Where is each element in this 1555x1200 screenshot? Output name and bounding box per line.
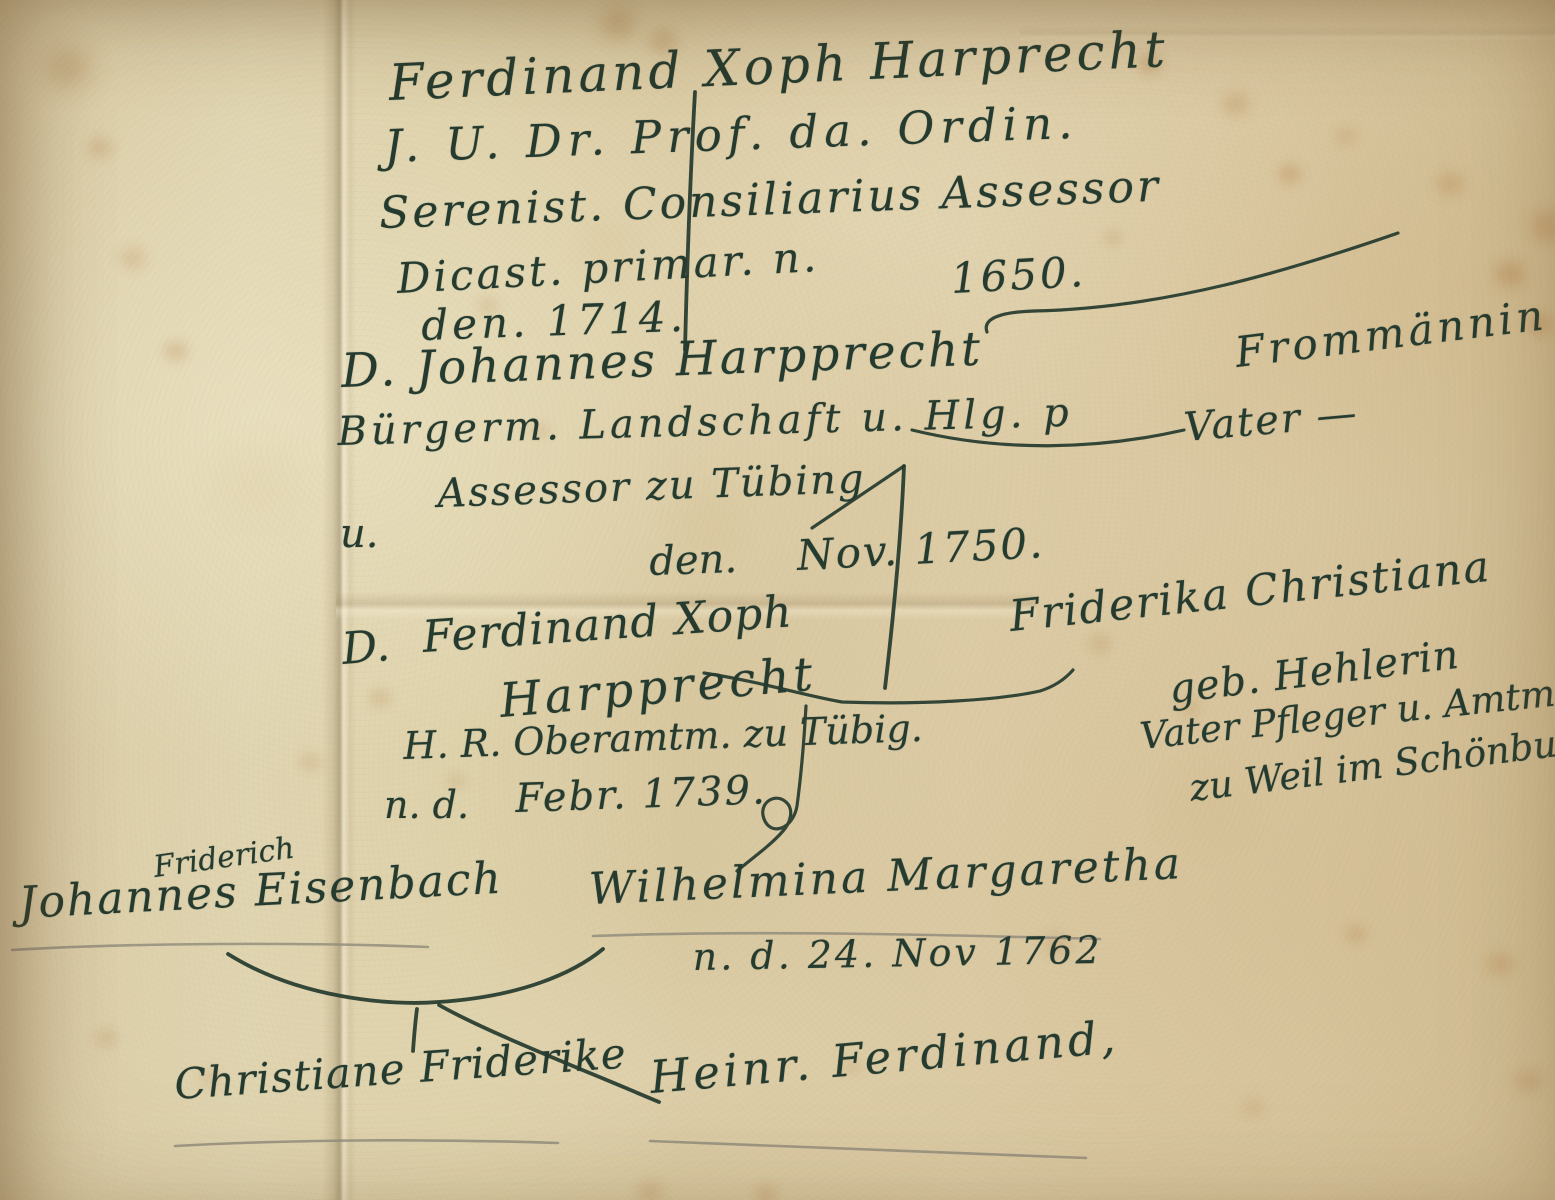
entry-frommaennin-name: Frommännin <box>1233 294 1550 374</box>
entry-ferdinand-senior-title3: Dicast. primar. n. <box>396 236 820 300</box>
entry-frommaennin-relation: Vater — <box>1183 393 1360 448</box>
entry-johannes-died-date: Nov. 1750. <box>796 522 1046 577</box>
entry-wilhelmina-born-date: n. d. 24. Nov 1762 <box>692 931 1103 976</box>
marriage-curve-bottom <box>228 949 603 1003</box>
entry-friderika-name: Friderika Christiana <box>1008 546 1494 639</box>
entry-ferdinand-senior-born-year: 1650. <box>950 251 1087 300</box>
entry-heinrich-name: Heinr. Ferdinand, <box>648 1014 1121 1100</box>
entry-johannes-title2: Assessor zu Tübing <box>437 459 866 514</box>
manuscript-page: Ferdinand Xoph Harprecht J. U. Dr. Prof.… <box>0 0 1555 1200</box>
entry-ferdinand-senior-name: Ferdinand Xoph Harprecht <box>388 24 1170 108</box>
pencil-underline-christiane <box>175 1140 558 1146</box>
entry-ferdinand-senior-title2: Serenist. Consiliarius Assessor <box>378 165 1161 236</box>
pencil-underline-eisenbach <box>12 944 428 950</box>
entry-christiane-name: Christiane Friderike <box>173 1032 628 1106</box>
descent-line-middle <box>885 466 904 688</box>
pencil-underline-heinrich <box>650 1141 1086 1158</box>
entry-ferdinand-junior-name1: Ferdinand Xoph <box>421 590 794 660</box>
entry-eisenbach-name: Johannes Eisenbach <box>18 857 504 926</box>
entry-johannes-died-prefix: den. <box>649 539 738 582</box>
entry-ferdinand-junior-born-prefix: n. d. <box>384 786 469 824</box>
entry-johannes-title1: Bürgerm. Landschaft u. Hlg. p <box>337 393 1073 452</box>
vertical-fold-crease <box>322 0 356 1200</box>
entry-ferdinand-junior-born-date: Febr. 1739. <box>515 770 768 819</box>
entry-johannes-etc: u. <box>340 514 378 554</box>
entry-wilhelmina-name: Wilhelmina Margaretha <box>588 842 1184 912</box>
entry-ferdinand-senior-title1: J. U. Dr. Prof. da. Ordin. <box>383 100 1079 169</box>
entry-ferdinand-junior-prefix: D. <box>340 624 391 672</box>
entry-ferdinand-junior-title: H. R. Oberamtm. zu Tübig. <box>403 709 924 765</box>
